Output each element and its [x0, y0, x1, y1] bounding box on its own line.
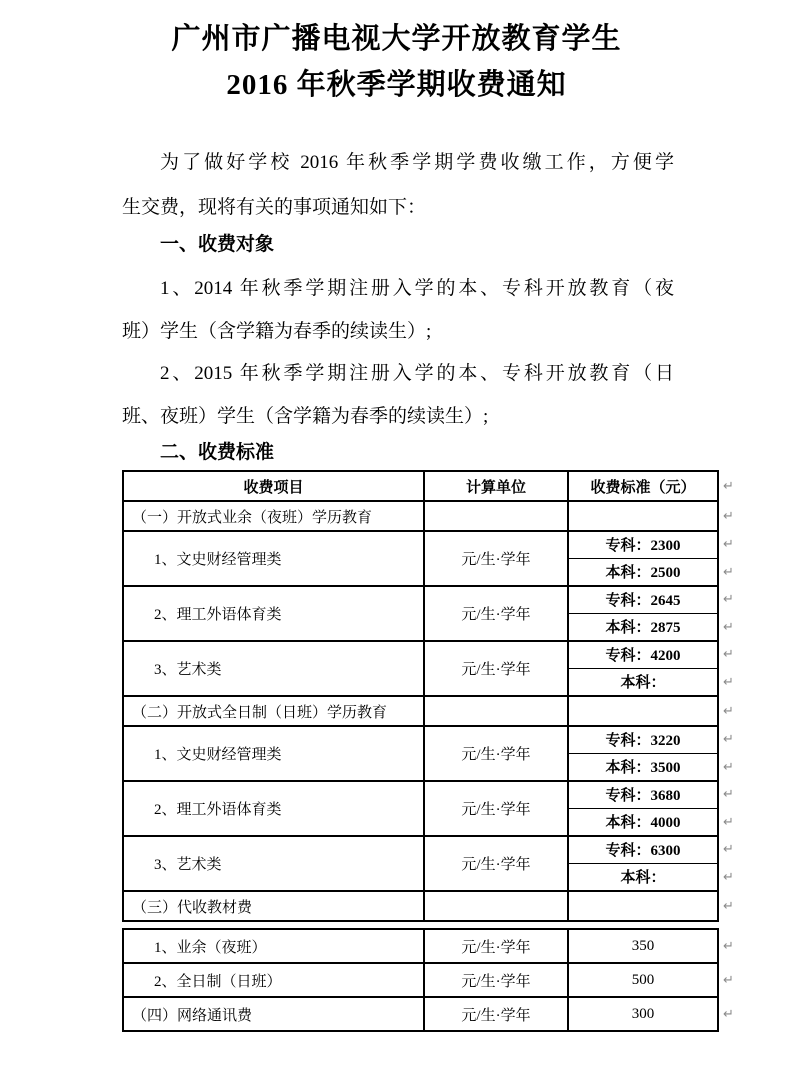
return-mark-icon: ↵ [718, 696, 744, 726]
value-cell: 专科：6300 [568, 836, 718, 863]
section-cell: （三）代收教材费 [123, 891, 424, 921]
fee-table-main: 收费项目 计算单位 收费标准（元） ↵ （一）开放式业余（夜班）学历教育 ↵ 1… [122, 470, 745, 922]
col-header-unit: 计算单位 [424, 471, 568, 501]
value-cell: 专科：3220 [568, 726, 718, 753]
value-cell: 300 [568, 997, 718, 1031]
value-cell: 专科：4200 [568, 641, 718, 668]
document-page: 广州市广播电视大学开放教育学生 2016 年秋季学期收费通知 为了做好学校 20… [0, 0, 793, 1073]
section-cell: （四）网络通讯费 [123, 997, 424, 1031]
unit-cell: 元/生·学年 [424, 963, 568, 997]
title-line-1: 广州市广播电视大学开放教育学生 [0, 16, 793, 62]
paragraph-line: 班）学生（含学籍为春季的续读生）; [122, 320, 674, 344]
table-row: 2、全日制（日班） 元/生·学年 500 ↵ [123, 963, 744, 997]
item-cell: 1、文史财经管理类 [123, 726, 424, 781]
return-mark-icon: ↵ [718, 613, 744, 641]
unit-cell: 元/生·学年 [424, 726, 568, 781]
col-header-item: 收费项目 [123, 471, 424, 501]
item-cell: 3、艺术类 [123, 641, 424, 696]
table-row: 3、艺术类 元/生·学年 专科：4200 ↵ [123, 641, 744, 668]
return-mark-icon: ↵ [718, 891, 744, 921]
return-mark-icon: ↵ [718, 997, 744, 1031]
section-heading-1: 一、收费对象 [122, 233, 674, 257]
value-cell: 本科：2500 [568, 558, 718, 586]
paragraph-line: 生交费，现将有关的事项通知如下： [122, 196, 674, 220]
section-heading-2: 二、收费标准 [122, 441, 674, 465]
value-cell: 350 [568, 929, 718, 963]
item-cell: 1、文史财经管理类 [123, 531, 424, 586]
unit-cell: 元/生·学年 [424, 781, 568, 836]
return-mark-icon: ↵ [718, 558, 744, 586]
table-row: 3、艺术类 元/生·学年 专科：6300 ↵ [123, 836, 744, 863]
unit-cell: 元/生·学年 [424, 531, 568, 586]
value-cell: 本科：4000 [568, 808, 718, 836]
section-cell: （二）开放式全日制（日班）学历教育 [123, 696, 424, 726]
paragraph-line: 1、2014 年秋季学期注册入学的本、专科开放教育（夜 [122, 277, 674, 301]
return-mark-icon: ↵ [718, 641, 744, 668]
unit-cell: 元/生·学年 [424, 836, 568, 891]
item-cell: 3、艺术类 [123, 836, 424, 891]
unit-cell: 元/生·学年 [424, 586, 568, 641]
return-mark-icon: ↵ [718, 929, 744, 963]
table-row: 2、理工外语体育类 元/生·学年 专科：2645 ↵ [123, 586, 744, 613]
document-title: 广州市广播电视大学开放教育学生 2016 年秋季学期收费通知 [0, 16, 793, 108]
item-cell: 2、全日制（日班） [123, 963, 424, 997]
unit-cell: 元/生·学年 [424, 929, 568, 963]
return-mark-icon: ↵ [718, 781, 744, 808]
table-row: 1、文史财经管理类 元/生·学年 专科：2300 ↵ [123, 531, 744, 558]
paragraph-line: 2、2015 年秋季学期注册入学的本、专科开放教育（日 [122, 362, 674, 386]
value-cell: 本科： [568, 863, 718, 891]
col-header-standard: 收费标准（元） [568, 471, 718, 501]
table-row: 1、业余（夜班） 元/生·学年 350 ↵ [123, 929, 744, 963]
value-cell: 专科：3680 [568, 781, 718, 808]
return-mark-icon: ↵ [718, 753, 744, 781]
paragraph-line: 为了做好学校 2016 年秋季学期学费收缴工作，方便学 [122, 151, 674, 175]
return-mark-icon: ↵ [718, 963, 744, 997]
unit-cell: 元/生·学年 [424, 997, 568, 1031]
unit-cell: 元/生·学年 [424, 641, 568, 696]
value-cell: 本科： [568, 668, 718, 696]
table-row: 1、文史财经管理类 元/生·学年 专科：3220 ↵ [123, 726, 744, 753]
return-mark-icon: ↵ [718, 808, 744, 836]
table-header-row: 收费项目 计算单位 收费标准（元） ↵ [123, 471, 744, 501]
return-mark-icon: ↵ [718, 726, 744, 753]
paragraph-line: 班、夜班）学生（含学籍为春季的续读生）; [122, 405, 674, 429]
table-row: （三）代收教材费 ↵ [123, 891, 744, 921]
table-row: （四）网络通讯费 元/生·学年 300 ↵ [123, 997, 744, 1031]
item-cell: 2、理工外语体育类 [123, 586, 424, 641]
return-mark-icon: ↵ [718, 586, 744, 613]
value-cell: 专科：2300 [568, 531, 718, 558]
value-cell: 500 [568, 963, 718, 997]
return-mark-icon: ↵ [718, 471, 744, 501]
table-row: （二）开放式全日制（日班）学历教育 ↵ [123, 696, 744, 726]
value-cell: 本科：2875 [568, 613, 718, 641]
unit-cell [424, 501, 568, 531]
value-cell [568, 891, 718, 921]
fee-table-secondary: 1、业余（夜班） 元/生·学年 350 ↵ 2、全日制（日班） 元/生·学年 5… [122, 928, 745, 1032]
return-mark-icon: ↵ [718, 501, 744, 531]
unit-cell [424, 891, 568, 921]
value-cell: 本科：3500 [568, 753, 718, 781]
return-mark-icon: ↵ [718, 863, 744, 891]
section-cell: （一）开放式业余（夜班）学历教育 [123, 501, 424, 531]
table-row: 2、理工外语体育类 元/生·学年 专科：3680 ↵ [123, 781, 744, 808]
item-cell: 1、业余（夜班） [123, 929, 424, 963]
return-mark-icon: ↵ [718, 836, 744, 863]
value-cell: 专科：2645 [568, 586, 718, 613]
title-line-2: 2016 年秋季学期收费通知 [0, 62, 793, 108]
unit-cell [424, 696, 568, 726]
value-cell [568, 696, 718, 726]
return-mark-icon: ↵ [718, 668, 744, 696]
value-cell [568, 501, 718, 531]
table-row: （一）开放式业余（夜班）学历教育 ↵ [123, 501, 744, 531]
item-cell: 2、理工外语体育类 [123, 781, 424, 836]
return-mark-icon: ↵ [718, 531, 744, 558]
